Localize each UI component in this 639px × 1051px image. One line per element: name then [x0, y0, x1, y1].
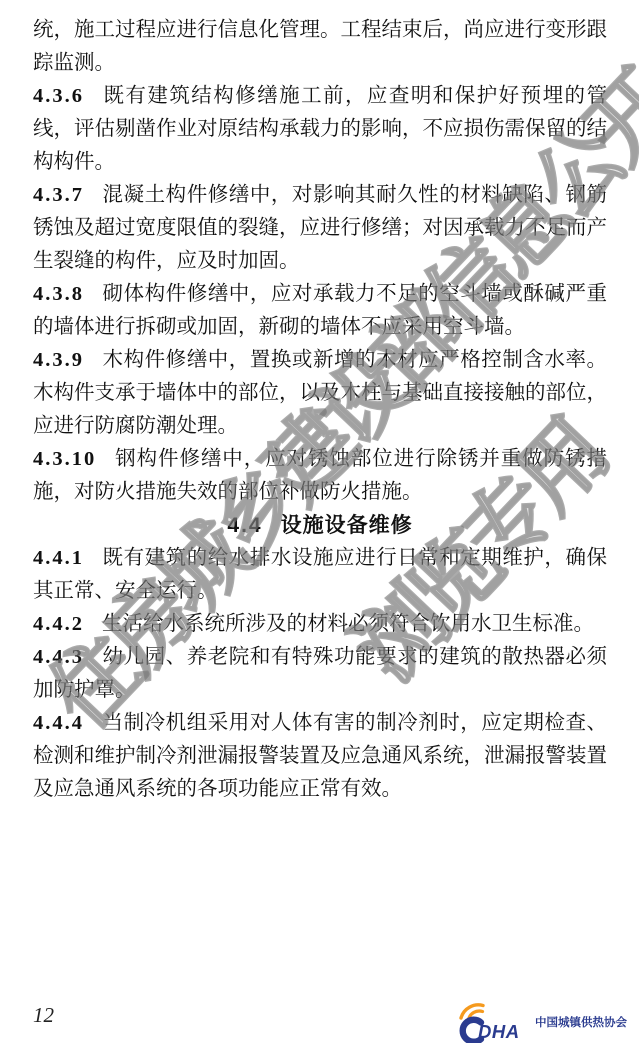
- clause-number: 4.3.6: [33, 85, 84, 107]
- clause-4-3-8: 4.3.8砌体构件修缮中，应对承载力不足的空斗墙或酥碱严重的墙体进行拆砌或加固，…: [33, 278, 607, 344]
- clause-text: 既有建筑结构修缮施工前，应查明和保护好预埋的管线，评估剔凿作业对原结构承载力的影…: [33, 85, 607, 173]
- clause-text: 钢构件修缮中，应对锈蚀部位进行除锈并重做防锈措施，对防火措施失效的部位补做防火措…: [33, 448, 607, 503]
- clause-number: 4.4.2: [33, 613, 84, 635]
- clause-number: 4.3.10: [33, 448, 96, 470]
- text-column: 统，施工过程应进行信息化管理。工程结束后，尚应进行变形跟踪监测。 4.3.6既有…: [33, 14, 607, 806]
- clause-number: 4.4.1: [33, 547, 84, 569]
- section-number: 4.4: [227, 514, 262, 537]
- page-number: 12: [33, 1003, 54, 1028]
- clause-number: 4.4.4: [33, 712, 84, 734]
- logo-mark: DHA: [452, 1001, 528, 1043]
- clause-4-3-9: 4.3.9木构件修缮中，置换或新增的木材应严格控制含水率。木构件支承于墙体中的部…: [33, 344, 607, 443]
- clause-number: 4.3.7: [33, 184, 84, 206]
- clause-text: 当制冷机组采用对人体有害的制冷剂时，应定期检查、检测和维护制冷剂泄漏报警装置及应…: [33, 712, 607, 800]
- clause-text: 既有建筑的给水排水设施应进行日常和定期维护，确保其正常、安全运行。: [33, 547, 607, 602]
- clause-text: 砌体构件修缮中，应对承载力不足的空斗墙或酥碱严重的墙体进行拆砌或加固，新砌的墙体…: [33, 283, 607, 338]
- clause-4-3-10: 4.3.10钢构件修缮中，应对锈蚀部位进行除锈并重做防锈措施，对防火措施失效的部…: [33, 443, 607, 509]
- document-page: 住房城乡建设部信息公开 浏览专用 统，施工过程应进行信息化管理。工程结束后，尚应…: [0, 0, 639, 1051]
- clause-4-3-7: 4.3.7混凝土构件修缮中，对影响其耐久性的材料缺陷、钢筋锈蚀及超过宽度限值的裂…: [33, 179, 607, 278]
- clause-number: 4.4.3: [33, 646, 84, 668]
- logo-abbr: DHA: [478, 1021, 520, 1042]
- clause-4-3-6: 4.3.6既有建筑结构修缮施工前，应查明和保护好预埋的管线，评估剔凿作业对原结构…: [33, 80, 607, 179]
- clause-4-4-2: 4.4.2生活给水系统所涉及的材料必须符合饮用水卫生标准。: [33, 608, 607, 641]
- clause-text: 幼儿园、养老院和有特殊功能要求的建筑的散热器必须加防护罩。: [33, 646, 607, 701]
- clause-number: 4.3.8: [33, 283, 84, 305]
- clause-text: 混凝土构件修缮中，对影响其耐久性的材料缺陷、钢筋锈蚀及超过宽度限值的裂缝，应进行…: [33, 184, 607, 272]
- clause-4-4-4: 4.4.4当制冷机组采用对人体有害的制冷剂时，应定期检查、检测和维护制冷剂泄漏报…: [33, 707, 607, 806]
- paragraph-continuation: 统，施工过程应进行信息化管理。工程结束后，尚应进行变形跟踪监测。: [33, 14, 607, 80]
- clause-text: 木构件修缮中，置换或新增的木材应严格控制含水率。木构件支承于墙体中的部位，以及木…: [33, 349, 607, 437]
- logo-association-name: 中国城镇供热协会: [535, 1014, 627, 1030]
- clause-number: 4.3.9: [33, 349, 84, 371]
- clause-4-4-1: 4.4.1既有建筑的给水排水设施应进行日常和定期维护，确保其正常、安全运行。: [33, 542, 607, 608]
- section-title: 设施设备维修: [281, 514, 413, 537]
- clause-text: 生活给水系统所涉及的材料必须符合饮用水卫生标准。: [102, 613, 594, 635]
- association-logo: DHA 中国城镇供热协会: [452, 1001, 627, 1043]
- section-heading-4-4: 4.4设施设备维修: [33, 509, 607, 542]
- clause-4-4-3: 4.4.3幼儿园、养老院和有特殊功能要求的建筑的散热器必须加防护罩。: [33, 641, 607, 707]
